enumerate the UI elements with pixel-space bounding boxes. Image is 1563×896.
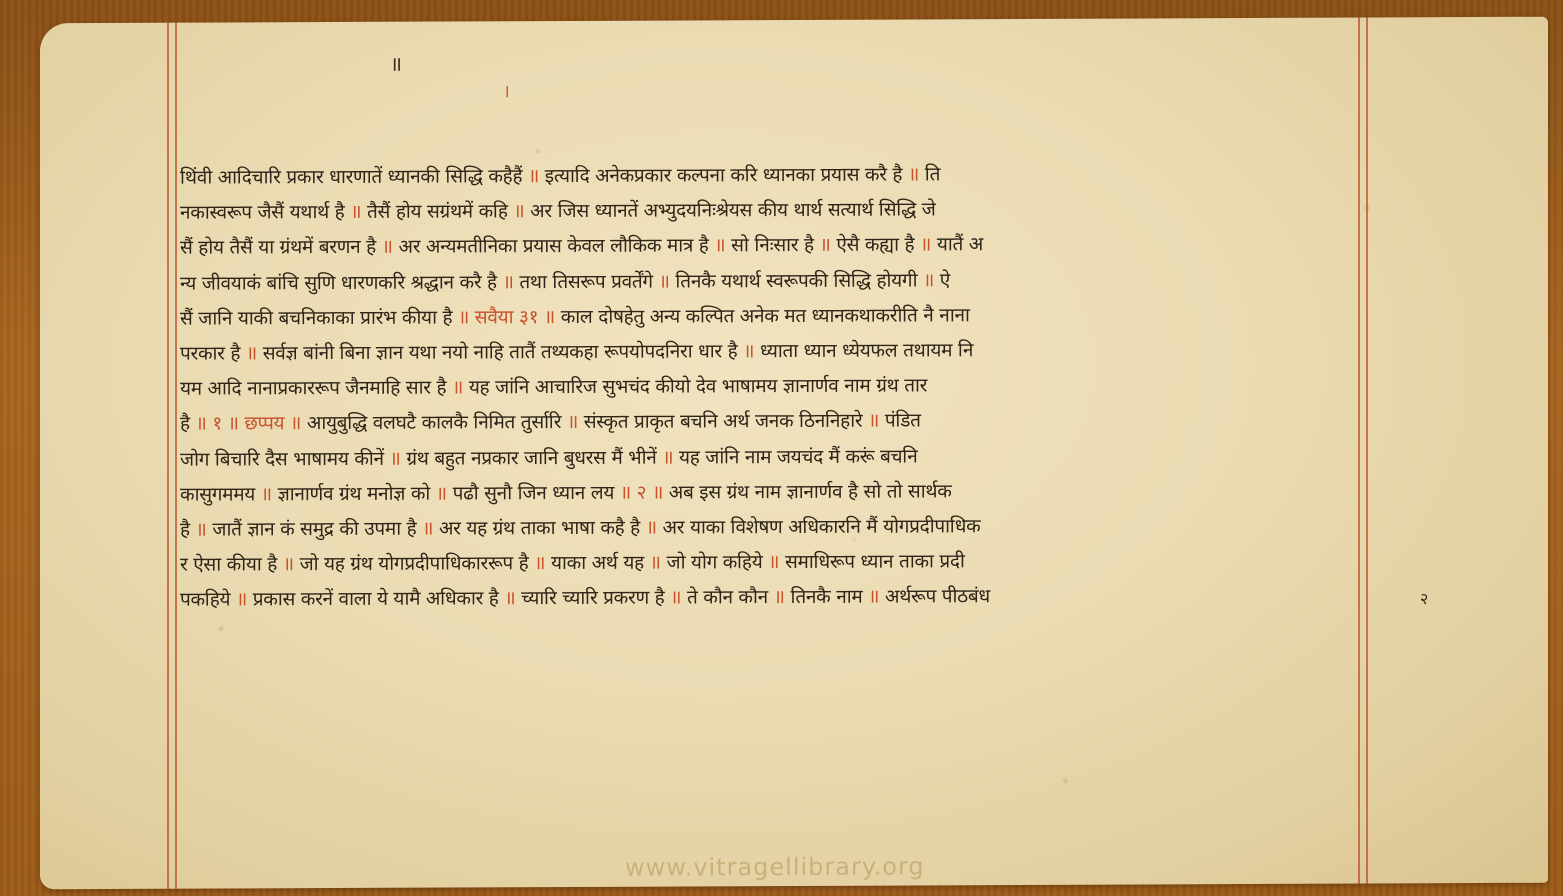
manuscript-line: न्य जीवयाकं बांचि सुणि धारणकरि श्रद्धान … (180, 261, 1380, 301)
rubric-segment: ॥ (416, 517, 439, 539)
rubric-segment: ॥ (709, 235, 732, 257)
rubric-segment: ॥ (446, 377, 469, 399)
rubric-segment: ॥ (522, 165, 545, 187)
text-segment: ग्रंथ बहुत नप्रकार जानि बुधरस मैं भीनें (406, 446, 656, 469)
text-segment: अर्थरूप पीठबंध (885, 585, 990, 607)
rubric-segment: ॥ (902, 163, 925, 185)
rubric-segment: ॥ (862, 410, 885, 432)
text-segment: इत्यादि अनेकप्रकार कल्पना करि ध्यानका प्… (545, 164, 902, 188)
rubric-segment: ॥ (384, 447, 407, 469)
rubric-segment: ॥ (644, 552, 667, 574)
text-segment: है (180, 413, 190, 435)
manuscript-line: सैं जानि याकी बचनिकाका प्रारंभ कीया है ॥… (180, 296, 1380, 336)
manuscript-line: है ॥ जातैं ज्ञान कं समुद्र की उपमा है ॥ … (180, 507, 1380, 547)
rubric-segment: ॥ (230, 589, 253, 611)
text-segment: थिंवी आदिचारि प्रकार धारणातें ध्यानकी सि… (180, 165, 522, 188)
text-segment: काल दोषहेतु अन्य कल्पित अनेक मत ध्यानकथा… (561, 304, 970, 328)
text-segment: ति (925, 163, 940, 185)
rubric-segment: ॥ (917, 269, 940, 291)
rubric-segment: ॥ (914, 234, 937, 256)
manuscript-line: है ॥ १ ॥ छप्पय ॥ आयुबुद्धि वलघटै कालकै न… (180, 402, 1380, 442)
text-segment: ते कौन कौन (687, 586, 768, 608)
text-segment: ऐ (940, 269, 950, 291)
text-segment: अर यह ग्रंथ ताका भाषा कहै है (439, 517, 640, 540)
text-segment: जो योग कहिये (666, 551, 762, 573)
manuscript-line: र ऐसा कीया है ॥ जो यह ग्रंथ योगप्रदीपाधि… (180, 543, 1380, 583)
text-segment: सैं होय तैसैं या ग्रंथमें बरणन है (180, 236, 376, 259)
rubric-segment: ॥ सवैया ३१ ॥ (452, 306, 560, 328)
rubric-segment: ॥ (499, 587, 522, 609)
text-segment: न्य जीवयाकं बांचि सुणि धारणकरि श्रद्धान … (180, 271, 497, 294)
margin-note: २ (1420, 587, 1428, 609)
text-segment: परकार है (180, 342, 240, 364)
text-segment: सैं जानि याकी बचनिकाका प्रारंभ कीया है (180, 306, 452, 329)
text-segment: यम आदि नानाप्रकाररूप जैनमाहि सार है (180, 377, 446, 400)
manuscript-folio: ॥ । थिंवी आदिचारि प्रकार धारणातें ध्यानक… (40, 17, 1548, 890)
text-segment: सर्वज्ञ बांनी बिना ज्ञान यथा नयो नाहि ता… (263, 341, 598, 364)
rubric-segment: ॥ १ ॥ छप्पय ॥ (190, 412, 307, 435)
rubric-segment: ॥ (508, 200, 531, 222)
manuscript-text-block: थिंवी आदिचारि प्रकार धारणातें ध्यानकी सि… (180, 155, 1380, 618)
manuscript-line: थिंवी आदिचारि प्रकार धारणातें ध्यानकी सि… (180, 155, 1380, 195)
text-segment: जो यह ग्रंथ योगप्रदीपाधिकाररूप है (300, 552, 529, 575)
red-tick-mark: । (503, 79, 510, 103)
text-segment: अब इस ग्रंथ नाम ज्ञानार्णव है सो तो सार्… (669, 480, 952, 503)
manuscript-line: कासुगममय ॥ ज्ञानार्णव ग्रंथ मनोज्ञ को ॥ … (180, 472, 1380, 512)
text-segment: प्रकास करनें वाला ये यामै अधिकार है (253, 588, 499, 611)
rubric-segment: ॥ (768, 586, 791, 608)
text-segment: आयुबुद्धि वलघटै कालकै निमित तुर्सारि (307, 411, 561, 434)
rubric-segment: ॥ (255, 483, 278, 505)
text-segment: ऐसै कह्या है (836, 234, 914, 256)
rubric-segment: ॥ (737, 340, 760, 362)
text-segment: जातैं ज्ञान कं समुद्र की उपमा है (212, 518, 416, 541)
manuscript-line: यम आदि नानाप्रकाररूप जैनमाहि सार है ॥ यह… (180, 367, 1380, 407)
rubric-segment: ॥ (862, 586, 885, 608)
text-segment: अर याका विशेषण अधिकारनि मैं योगप्रदीपाधि… (663, 515, 981, 538)
manuscript-line: परकार है ॥ सर्वज्ञ बांनी बिना ज्ञान यथा … (180, 331, 1380, 371)
text-segment: ज्ञानार्णव ग्रंथ मनोज्ञ को (278, 482, 430, 505)
rubric-segment: ॥ (190, 518, 213, 540)
text-segment: संस्कृत प्राकृत बचनि अर्थ जनक ठिननिहारे (584, 410, 863, 433)
text-segment: तथा तिसरूप प्रवर्तेंगे (519, 270, 652, 293)
rubric-segment: ॥ (277, 553, 300, 575)
text-segment: तैसैं होय सग्रंथमें कहि (367, 200, 508, 223)
watermark: www.vitragellibrary.org (625, 852, 925, 881)
text-segment: यह जांनि आचारिज सुभचंद कीयो देव भाषामय ज… (469, 375, 927, 399)
manuscript-line: नकास्वरूप जैसैं यथार्थ है ॥ तैसैं होय सग… (180, 191, 1380, 231)
rubric-segment: ॥ (240, 342, 263, 364)
manuscript-line: पकहिये ॥ प्रकास करनें वाला ये यामै अधिका… (180, 578, 1380, 618)
text-segment: जोग बिचारि दैस भाषामय कीनें (180, 447, 384, 470)
text-segment: याका अर्थ यह (551, 552, 644, 574)
text-segment: च्यारि च्यारि प्रकरण है (521, 587, 664, 610)
rubric-segment: ॥ (656, 446, 679, 468)
text-segment: ध्याता ध्यान ध्येयफल तथायम नि (760, 339, 973, 362)
text-segment: तिनकै यथार्थ स्वरूपकी सिद्धि होयगी (675, 269, 917, 292)
text-segment: अर जिस ध्यानतें अभ्युदयनिःश्रेयस कीय थार… (530, 199, 935, 223)
text-segment: र ऐसा कीया है (180, 553, 277, 575)
text-segment: पकहिये (180, 589, 230, 611)
rubric-segment: ॥ (664, 587, 687, 609)
text-segment: नकास्वरूप जैसैं यथार्थ है (180, 201, 344, 224)
rubric-segment: ॥ (814, 234, 837, 256)
left-margin-rule-inner (175, 23, 177, 889)
text-segment: रूपयोपदनिरा धार है (604, 340, 737, 363)
rubric-segment: ॥ (640, 516, 663, 538)
folio-mark: ॥ (390, 50, 402, 77)
text-segment: यह जांनि नाम जयचंद मैं करूं बचनि (679, 445, 917, 468)
rubric-segment: ॥ (497, 271, 520, 293)
text-segment: समाधिरूप ध्यान ताका प्रदी (785, 550, 965, 573)
rubric-segment: ॥ (561, 411, 584, 433)
text-segment: तिनकै नाम (790, 586, 862, 608)
text-segment: है (180, 519, 190, 541)
text-segment: सो निःसार है (731, 234, 814, 256)
rubric-segment: ॥ (344, 201, 367, 223)
rubric-segment: ॥ २ ॥ (614, 481, 669, 503)
text-segment: पंडित (885, 410, 921, 432)
rubric-segment: ॥ (376, 236, 399, 258)
rubric-segment: ॥ (653, 270, 676, 292)
rubric-segment: ॥ (762, 551, 785, 573)
text-segment: अर अन्यमतीनिका प्रयास केवल लौकिक मात्र ह… (399, 235, 709, 258)
text-segment: पढौ सुनौ जिन ध्यान लय (453, 481, 614, 504)
text-segment: कासुगममय (180, 483, 255, 505)
rubric-segment: ॥ (528, 552, 551, 574)
manuscript-line: जोग बिचारि दैस भाषामय कीनें ॥ ग्रंथ बहुत… (180, 437, 1380, 477)
rubric-segment: ॥ (430, 482, 453, 504)
manuscript-line: सैं होय तैसैं या ग्रंथमें बरणन है ॥ अर अ… (180, 226, 1380, 266)
left-margin-rule (167, 23, 169, 889)
text-segment: यातैं अ (937, 234, 983, 256)
